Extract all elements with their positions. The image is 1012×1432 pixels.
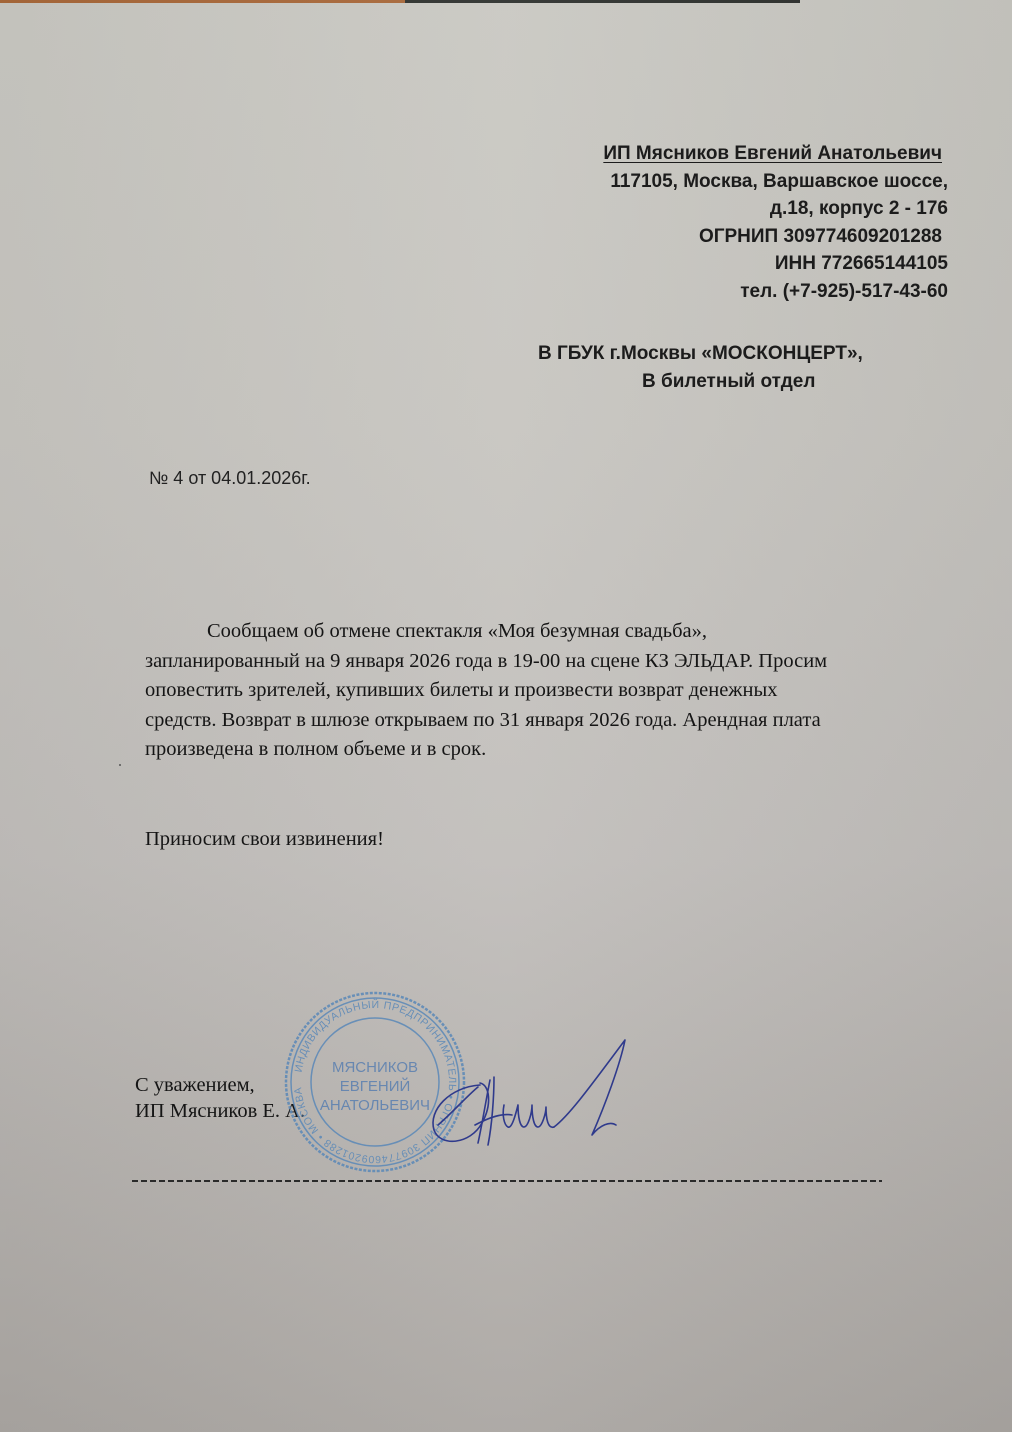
body-line: запланированный на 9 января 2026 года в … [145, 647, 945, 677]
body-line: Сообщаем об отмене спектакля «Моя безумн… [145, 617, 945, 647]
letter-body: Сообщаем об отмене спектакля «Моя безумн… [145, 617, 945, 765]
sender-inn: ИНН 772665144105 [488, 250, 948, 278]
recipient-organization: В ГБУК г.Москвы «МОСКОНЦЕРТ», [538, 340, 958, 368]
dark-surface-edge [405, 0, 800, 3]
sender-address-line1: 117105, Москва, Варшавское шоссе, [488, 168, 948, 196]
body-line: средств. Возврат в шлюзе открываем по 31… [145, 706, 945, 736]
closing-block: С уважением, ИП Мясников Е. А. [135, 1072, 305, 1124]
sender-phone: тел. (+7-925)-517-43-60 [488, 278, 948, 306]
stamp-center-line1: МЯСНИКОВ [332, 1059, 418, 1076]
recipient-block: В ГБУК г.Москвы «МОСКОНЦЕРТ», В билетный… [538, 340, 958, 396]
sender-block: ИП Мясников Евгений Анатольевич 117105, … [488, 140, 948, 305]
recipient-department: В билетный отдел [538, 368, 958, 396]
handwritten-signature-icon [420, 1025, 640, 1165]
paper-speck [119, 764, 121, 766]
apology-text: Приносим свои извинения! [145, 828, 384, 851]
sender-address-line2: д.18, корпус 2 - 176 [488, 195, 948, 223]
stamp-center-line3: АНАТОЛЬЕВИЧ [320, 1097, 430, 1114]
body-line: оповестить зрителей, купивших билеты и п… [145, 676, 945, 706]
dashed-separator [132, 1180, 882, 1182]
sender-name: ИП Мясников Евгений Анатольевич [603, 140, 948, 168]
closing-signatory: ИП Мясников Е. А. [135, 1098, 305, 1124]
wood-surface-edge [0, 0, 405, 3]
sender-ogrnip: ОГРНИП 309774609201288 [488, 223, 948, 251]
stamp-center-line2: ЕВГЕНИЙ [340, 1077, 411, 1095]
body-line: произведена в полном объеме и в срок. [145, 735, 945, 765]
closing-regards: С уважением, [135, 1072, 305, 1098]
document-number: № 4 от 04.01.2026г. [149, 468, 311, 489]
photo-background-edge [0, 0, 1012, 3]
